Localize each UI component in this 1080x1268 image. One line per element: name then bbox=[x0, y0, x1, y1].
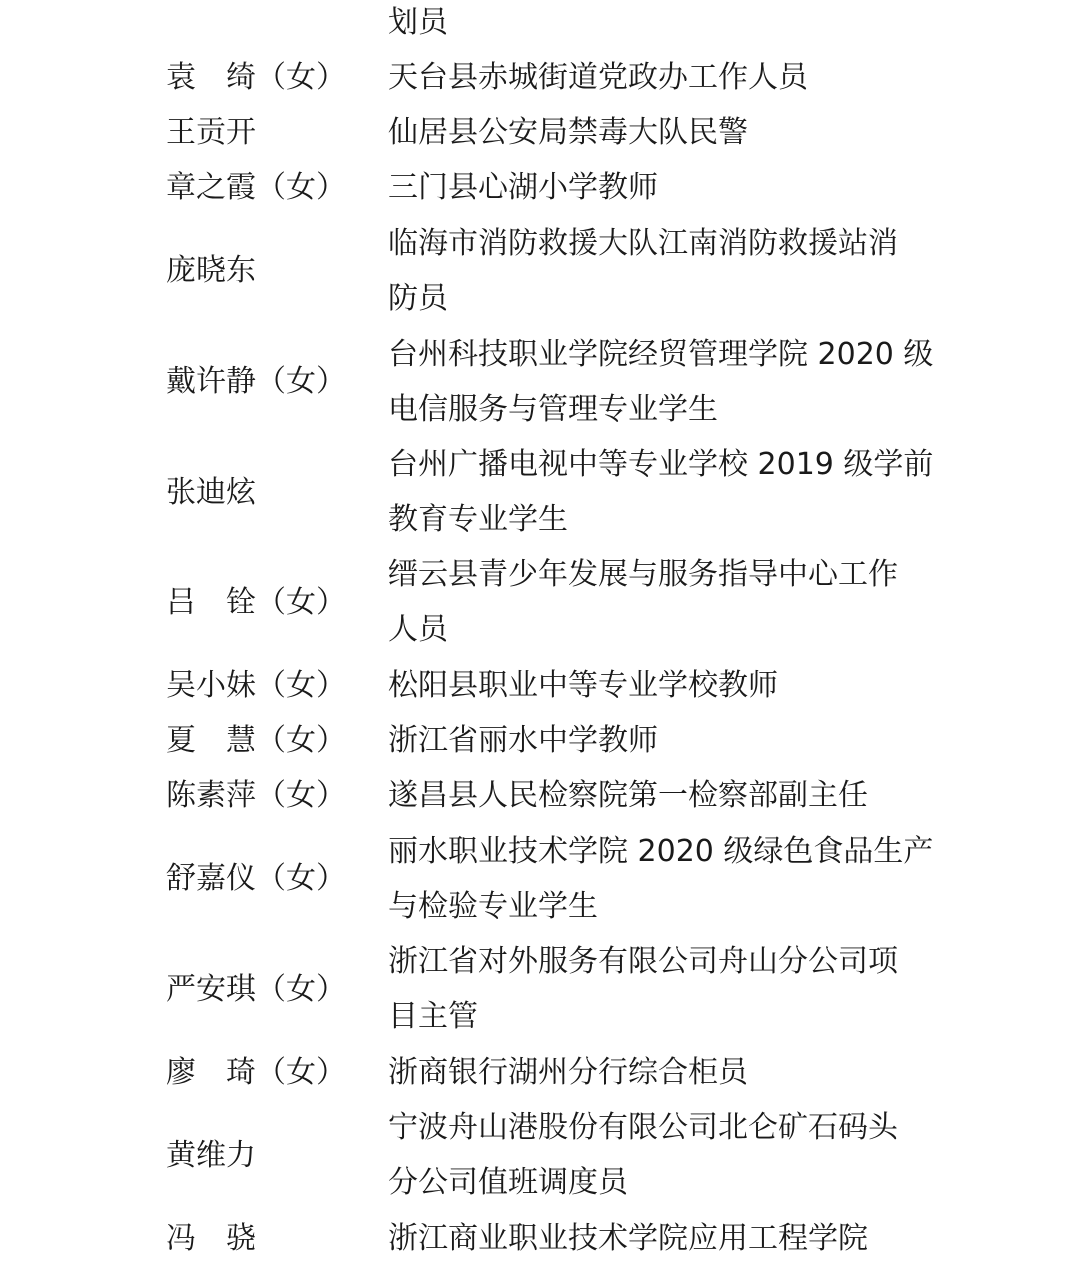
entry-description-line: 天台县赤城街道党政办工作人员 bbox=[388, 58, 808, 98]
entry-description-line: 目主管 bbox=[388, 997, 478, 1037]
entry-name: 吕 铨（女） bbox=[166, 583, 346, 623]
entry-description-line: 三门县心湖小学教师 bbox=[388, 168, 658, 208]
entry-description-line: 仙居县公安局禁毒大队民警 bbox=[388, 113, 748, 153]
entry-description-line: 防员 bbox=[388, 279, 448, 319]
entry-name: 陈素萍（女） bbox=[166, 776, 346, 816]
entry-description-line: 分公司值班调度员 bbox=[388, 1163, 628, 1203]
entry-name: 袁 绮（女） bbox=[166, 58, 346, 98]
entry-name: 章之霞（女） bbox=[166, 168, 346, 208]
entry-name: 严安琪（女） bbox=[166, 970, 346, 1010]
entry-description-line: 遂昌县人民检察院第一检察部副主任 bbox=[388, 776, 868, 816]
entry-description-line: 电信服务与管理专业学生 bbox=[388, 390, 718, 430]
entry-description-line: 缙云县青少年发展与服务指导中心工作 bbox=[388, 555, 898, 595]
entry-name: 吴小妹（女） bbox=[166, 666, 346, 706]
entry-description-line: 浙江省对外服务有限公司舟山分公司项 bbox=[388, 942, 898, 982]
entry-name: 王贡开 bbox=[166, 113, 256, 153]
entry-description-line: 丽水职业技术学院 2020 级绿色食品生产 bbox=[388, 832, 933, 872]
entry-description-line: 台州广播电视中等专业学校 2019 级学前 bbox=[388, 445, 933, 485]
entry-description-line: 浙江商业职业技术学院应用工程学院 bbox=[388, 1219, 868, 1259]
entry-description-line: 浙商银行湖州分行综合柜员 bbox=[388, 1053, 748, 1093]
entry-description-line: 教育专业学生 bbox=[388, 500, 568, 540]
entry-name: 庞晓东 bbox=[166, 251, 256, 291]
entry-description-line: 松阳县职业中等专业学校教师 bbox=[388, 666, 778, 706]
entry-description-line: 宁波舟山港股份有限公司北仑矿石码头 bbox=[388, 1108, 898, 1148]
entry-name: 张迪炫 bbox=[166, 473, 256, 513]
entry-name: 戴许静（女） bbox=[166, 362, 346, 402]
entry-name: 廖 琦（女） bbox=[166, 1053, 346, 1093]
entry-description-line: 与检验专业学生 bbox=[388, 887, 598, 927]
honor-list-document: 划员 袁 绮（女） 天台县赤城街道党政办工作人员 王贡开 仙居县公安局禁毒大队民… bbox=[0, 0, 1080, 1268]
entry-name: 夏 慧（女） bbox=[166, 721, 346, 761]
entry-description-line: 浙江省丽水中学教师 bbox=[388, 721, 658, 761]
entry-description-line: 临海市消防救援大队江南消防救援站消 bbox=[388, 224, 898, 264]
entry-name: 舒嘉仪（女） bbox=[166, 859, 346, 899]
entry-description-line: 人员 bbox=[388, 610, 448, 650]
entry-name: 黄维力 bbox=[166, 1136, 256, 1176]
entry-description-line: 台州科技职业学院经贸管理学院 2020 级 bbox=[388, 335, 933, 375]
entry-name: 冯 骁 bbox=[166, 1219, 256, 1259]
entry-description-line: 划员 bbox=[388, 3, 448, 43]
